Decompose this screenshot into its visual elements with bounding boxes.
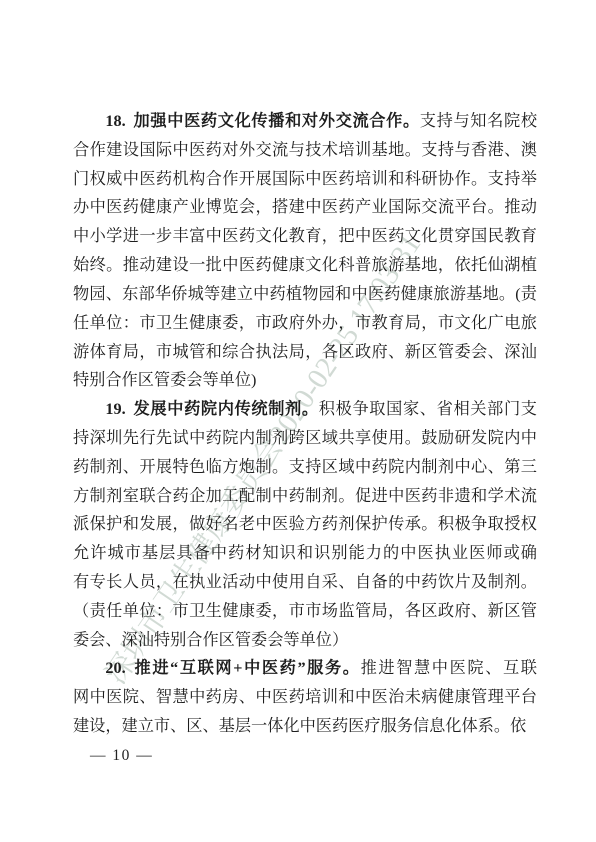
text-line: 18.加强中医药文化传播和对外交流合作。支持与知名院校 (73, 107, 537, 136)
text-line: 办中医药健康产业博览会，搭建中医药产业国际交流平台。推动 (73, 193, 537, 222)
line-text: 积极争取国家、省相关部门支 (319, 400, 537, 418)
item-number: 19. (105, 400, 125, 418)
page-number: — 10 — (90, 747, 153, 765)
paragraph-19: 19.发展中药院内传统制剂。积极争取国家、省相关部门支 持深圳先行先试中药院内制… (73, 395, 537, 654)
item-heading: 发展中药院内传统制剂。 (133, 400, 319, 418)
text-line: 20.推进“互联网+中医药”服务。推进智慧中医院、互联 (73, 654, 537, 683)
text-line: 任单位：市卫生健康委，市政府外办，市教育局，市文化广电旅 (73, 309, 537, 338)
line-text: 推进智慧中医院、互联 (361, 659, 537, 677)
text-line: 持深圳先行先试中药院内制剂跨区域共享使用。鼓励研发院内中 (73, 424, 537, 453)
paragraph-18: 18.加强中医药文化传播和对外交流合作。支持与知名院校 合作建设国际中医药对外交… (73, 107, 537, 395)
text-line: 特别合作区管委会等单位) (73, 366, 537, 395)
text-line: 19.发展中药院内传统制剂。积极争取国家、省相关部门支 (73, 395, 537, 424)
text-line: 委会、深汕特别合作区管委会等单位） (73, 626, 537, 655)
text-line: 物园、东部华侨城等建立中药植物园和中医药健康旅游基地。(责 (73, 280, 537, 309)
text-line: 建设，建立市、区、基层一体化中医药医疗服务信息化体系。依 (73, 712, 537, 741)
text-line: 药制剂、开展特色临方炮制。支持区域中药院内制剂中心、第三 (73, 453, 537, 482)
item-number: 20. (105, 659, 125, 677)
line-text: 支持与知名院校 (420, 112, 537, 130)
text-line: 合作建设国际中医药对外交流与技术培训基地。支持与香港、澳 (73, 136, 537, 165)
text-line: 游体育局，市城管和综合执法局，各区政府、新区管委会、深汕 (73, 338, 537, 367)
text-line: 始终。推动建设一批中医药健康文化科普旅游基地，依托仙湖植 (73, 251, 537, 280)
item-heading: 加强中医药文化传播和对外交流合作。 (133, 112, 420, 130)
text-line: 允许城市基层具备中药材知识和识别能力的中医执业医师或确 (73, 539, 537, 568)
text-line: 有专长人员，在执业活动中使用自采、自备的中药饮片及制剂。 (73, 568, 537, 597)
text-line: （责任单位：市卫生健康委，市市场监管局，各区政府、新区管 (73, 597, 537, 626)
text-line: 方制剂室联合药企加工配制中药制剂。促进中医药非遗和学术流 (73, 482, 537, 511)
document-body: 18.加强中医药文化传播和对外交流合作。支持与知名院校 合作建设国际中医药对外交… (73, 107, 537, 741)
item-heading: 推进“互联网+中医药”服务。 (133, 659, 361, 677)
text-line: 门权威中医药机构合作开展国际中医药培训和科研协作。支持举 (73, 165, 537, 194)
item-number: 18. (105, 112, 125, 130)
paragraph-20: 20.推进“互联网+中医药”服务。推进智慧中医院、互联 网中医院、智慧中药房、中… (73, 654, 537, 740)
text-line: 网中医院、智慧中药房、中医药培训和中医治未病健康管理平台 (73, 683, 537, 712)
document-page: 深圳市卫生健康委员会2020-02-25 17:03:31 18.加强中医药文化… (0, 0, 596, 842)
text-line: 中小学进一步丰富中医药文化教育，把中医药文化贯穿国民教育 (73, 222, 537, 251)
text-line: 派保护和发展，做好名老中医验方药剂保护传承。积极争取授权 (73, 510, 537, 539)
